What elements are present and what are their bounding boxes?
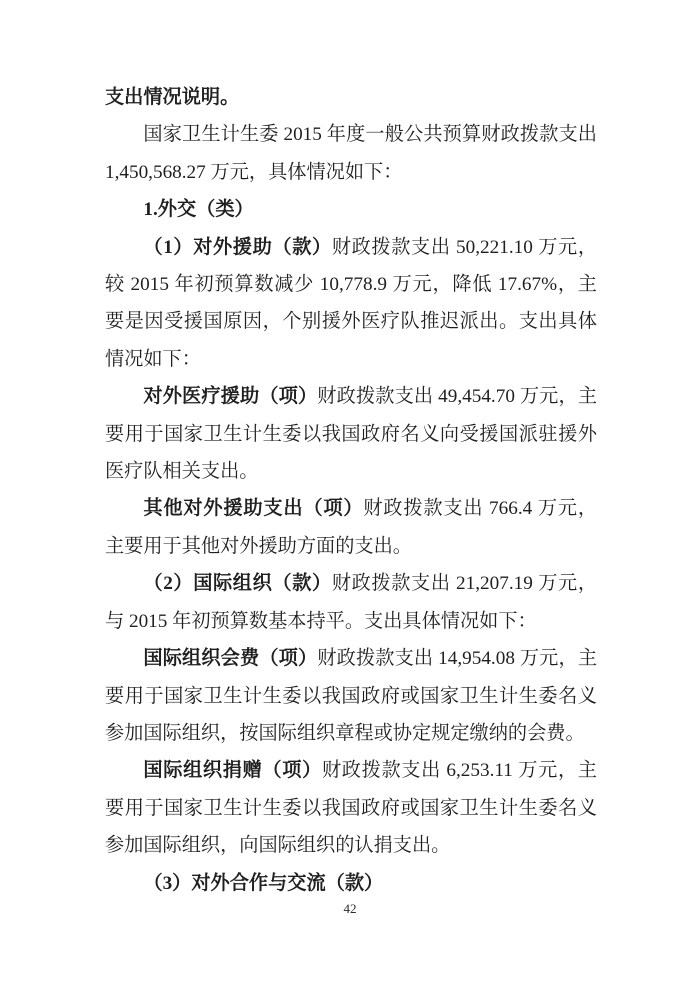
paragraph-lead: 对外医疗援助（项） bbox=[143, 386, 317, 407]
intro-paragraph: 国家卫生计生委 2015 年度一般公共预算财政拨款支出 1,450,568.27… bbox=[105, 116, 597, 191]
paragraph-lead: （3）对外合作与交流（款） bbox=[143, 873, 383, 894]
section-heading-waijiao: 1.外交（类） bbox=[105, 191, 597, 228]
document-body: 支出情况说明。 国家卫生计生委 2015 年度一般公共预算财政拨款支出 1,45… bbox=[105, 79, 597, 902]
paragraph-lead: 国际组织捐赠（项） bbox=[143, 760, 322, 781]
paragraph-duiwai-yuanzhu: （1）对外援助（款）财政拨款支出 50,221.10 万元，较 2015 年初预… bbox=[105, 229, 597, 379]
document-page: 支出情况说明。 国家卫生计生委 2015 年度一般公共预算财政拨款支出 1,45… bbox=[0, 0, 700, 989]
paragraph-lead: 国际组织会费（项） bbox=[143, 648, 317, 669]
section-heading-duiwai-hezuo: （3）对外合作与交流（款） bbox=[105, 865, 597, 902]
paragraph-guoji-zuzhi: （2）国际组织（款）财政拨款支出 21,207.19 万元，与 2015 年初预… bbox=[105, 565, 597, 640]
document-heading: 支出情况说明。 bbox=[105, 79, 597, 116]
paragraph-text: 国家卫生计生委 2015 年度一般公共预算财政拨款支出 1,450,568.27… bbox=[105, 124, 597, 182]
paragraph-duiwai-yiliao-yuanzhu: 对外医疗援助（项）财政拨款支出 49,454.70 万元，主要用于国家卫生计生委… bbox=[105, 378, 597, 490]
paragraph-guoji-zuzhi-juanzeng: 国际组织捐赠（项）财政拨款支出 6,253.11 万元，主要用于国家卫生计生委以… bbox=[105, 752, 597, 864]
paragraph-lead: 1.外交（类） bbox=[143, 199, 253, 220]
paragraph-qita-duiwai-yuanzhu: 其他对外援助支出（项）财政拨款支出 766.4 万元，主要用于其他对外援助方面的… bbox=[105, 490, 597, 565]
paragraph-lead: （1）对外援助（款） bbox=[143, 237, 331, 258]
paragraph-guoji-zuzhi-huifei: 国际组织会费（项）财政拨款支出 14,954.08 万元，主要用于国家卫生计生委… bbox=[105, 640, 597, 752]
page-number: 42 bbox=[0, 901, 700, 917]
paragraph-lead: 其他对外援助支出（项） bbox=[143, 498, 363, 519]
paragraph-lead: （2）国际组织（款） bbox=[143, 573, 331, 594]
